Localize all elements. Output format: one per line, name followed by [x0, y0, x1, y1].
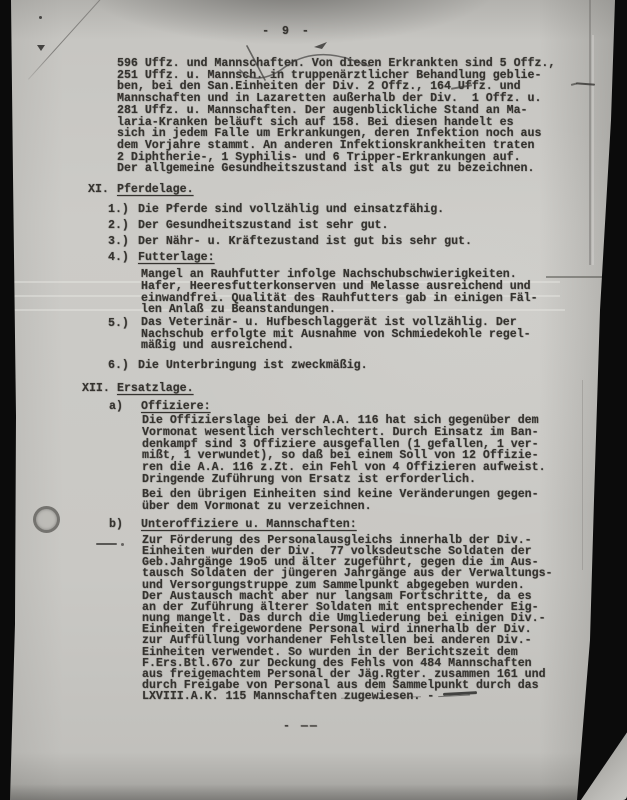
subsection-a-label: a): [109, 400, 123, 413]
officers-paragraph: Die Offizierslage bei der A.A. 116 hat s…: [142, 415, 546, 486]
text-line: 596 Uffz. und Mannschaften. Von diesen E…: [117, 58, 555, 70]
text-line: Hafer, Heeresfutterkonserven und Melasse…: [141, 281, 538, 293]
pencil-triangle-mark: [37, 45, 45, 51]
section-xi-numeral: XI.: [88, 183, 109, 196]
subsection-b-label: b): [109, 518, 123, 531]
list-item-text: Die Unterbringung ist zweckmäßig.: [138, 359, 368, 372]
text-line: Dringende Zuführung von Ersatz ist erfor…: [142, 474, 546, 486]
scanned-document-page: - 9 - 596 Uffz. und Mannschaften. Von di…: [0, 0, 627, 800]
intro-paragraph: 596 Uffz. und Mannschaften. Von diesen E…: [117, 58, 555, 175]
list-item-heading: Futterlage:: [138, 251, 215, 264]
list-item-text: Der Gesundheitszustand ist sehr gut.: [138, 219, 388, 232]
officers-paragraph-2: Bei den übrigen Einheiten sind keine Ver…: [142, 489, 539, 512]
hole-punch-mark: [33, 506, 60, 533]
list-item-number: 6.): [108, 359, 129, 372]
paper-crease-right: [582, 380, 583, 570]
text-line: len Anlaß zu Beanstandungen.: [141, 304, 538, 316]
nco-paragraph: Zur Förderung des Personalausgleichs inn…: [142, 535, 553, 702]
text-line: dem Vorjahre stammt. An anderen Infektio…: [117, 140, 555, 152]
text-line: Vormonat wesentlich verschlechtert. Durc…: [142, 427, 546, 439]
list-item-number: 5.): [108, 317, 129, 330]
section-xii-numeral: XII.: [82, 382, 110, 395]
end-of-document-mark: - ——: [283, 720, 319, 733]
list-item-number: 2.): [108, 219, 129, 232]
list-item-text: Das Veterinär- u. Hufbeschlaggerät ist v…: [141, 317, 531, 352]
section-xi-title: Pferdelage.: [117, 183, 194, 196]
page-number: - 9 -: [117, 25, 457, 38]
text-line: Das Veterinär- u. Hufbeschlaggerät ist v…: [141, 317, 531, 329]
pencil-dot: [39, 16, 42, 19]
paper-crease-right: [592, 35, 594, 265]
list-item-text: Die Pferde sind vollzählig und einsatzfä…: [138, 203, 444, 216]
text-line: mäßig und ausreichend.: [141, 340, 531, 352]
list-item-number: 3.): [108, 235, 129, 248]
text-line: über dem Vormonat zu verzeichnen.: [142, 501, 539, 513]
text-line: tausch Soldaten der jüngeren Jahrgänge a…: [142, 568, 553, 579]
list-item-text: Der Nähr- u. Kräftezustand ist gut bis s…: [138, 235, 472, 248]
futterlage-paragraph: Mangel an Rauhfutter infolge Nachschubsc…: [141, 269, 538, 316]
subsection-a-title: Offiziere:: [141, 400, 211, 413]
bottom-shadow: [0, 784, 627, 800]
list-item-number: 1.): [108, 203, 129, 216]
pencil-margin-dash: [96, 543, 117, 545]
text-line: Der allgemeine Gesundheitszustand ist al…: [117, 163, 555, 175]
text-line: zur Auffüllung vorhandener Fehlstellen b…: [142, 635, 553, 646]
section-xii-title: Ersatzlage.: [117, 382, 194, 395]
list-item-number: 4.): [108, 251, 129, 264]
text-line: 281 Uffz. u. Mannschaften. Der augenblic…: [117, 105, 555, 117]
text-line: Bei den übrigen Einheiten sind keine Ver…: [142, 489, 539, 501]
subsection-b-title: Unteroffiziere u. Mannschaften:: [141, 518, 357, 531]
paper-crease-right: [589, 0, 591, 265]
